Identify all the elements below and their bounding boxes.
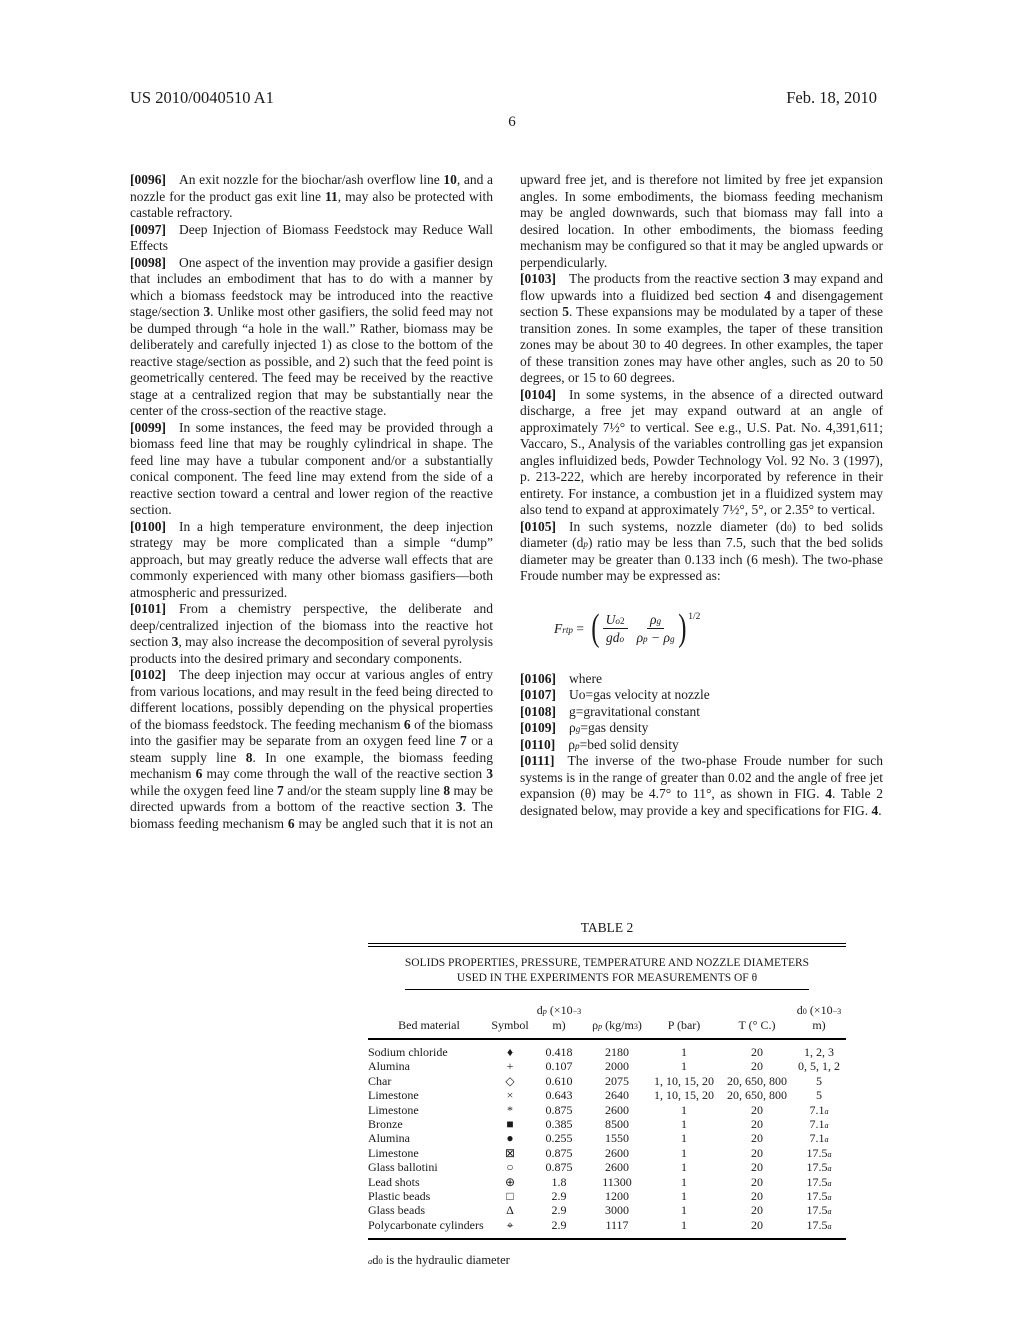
paragraph-tag: [0104] (520, 387, 556, 402)
formula-close-paren: ) (678, 612, 686, 644)
cell-temperature: 20 (722, 1160, 792, 1174)
cell-bed-material: Alumina (368, 1059, 490, 1073)
cell-temperature: 20 (722, 1175, 792, 1189)
cell-bed-material: Bronze (368, 1117, 490, 1131)
cell-dp: 2.9 (530, 1218, 588, 1232)
formula-denominator-1: gdo (606, 629, 624, 646)
table-column-header: d0 (×10−3 m) (792, 1003, 846, 1039)
cell-dp: 0.610 (530, 1074, 588, 1088)
paragraph: [0097]Deep Injection of Biomass Feedstoc… (130, 222, 493, 255)
cell-symbol: □ (490, 1189, 530, 1203)
cell-density: 8500 (588, 1117, 646, 1131)
cell-dp: 0.875 (530, 1103, 588, 1117)
table-row: Alumina + 0.107 2000 1 20 0, 5, 1, 2 (368, 1059, 846, 1073)
table-top-rule (368, 943, 846, 947)
table-row: Limestone ⊠ 0.875 2600 1 20 17.5a (368, 1146, 846, 1160)
cell-temperature: 20 (722, 1045, 792, 1059)
paragraph-text: From a chemistry perspective, the delibe… (130, 601, 493, 666)
paragraph: [0096]An exit nozzle for the biochar/ash… (130, 172, 493, 222)
cell-pressure: 1 (646, 1103, 722, 1117)
cell-bed-material: Sodium chloride (368, 1045, 490, 1059)
cell-symbol: Δ (490, 1203, 530, 1217)
cell-temperature: 20 (722, 1146, 792, 1160)
paragraph-text: In some instances, the feed may be provi… (130, 420, 493, 518)
cell-symbol: + (490, 1059, 530, 1073)
cell-pressure: 1 (646, 1045, 722, 1059)
cell-d0: 7.1a (792, 1117, 846, 1131)
paragraph-tag: [0102] (130, 667, 166, 682)
table-row: Bronze ■ 0.385 8500 1 20 7.1a (368, 1117, 846, 1131)
paragraph-text: In some systems, in the absence of a dir… (520, 387, 883, 518)
cell-temperature: 20, 650, 800 (722, 1074, 792, 1088)
cell-temperature: 20 (722, 1131, 792, 1145)
table-row: Lead shots ⊕ 1.8 11300 1 20 17.5a (368, 1175, 846, 1189)
cell-bed-material: Lead shots (368, 1175, 490, 1189)
cell-symbol: * (490, 1103, 530, 1117)
cell-pressure: 1 (646, 1218, 722, 1232)
cell-dp: 1.8 (530, 1175, 588, 1189)
right-column: upward free jet, and is therefore not li… (520, 172, 883, 819)
cell-symbol: ♦ (490, 1045, 530, 1059)
paragraph-group-a: [0103]The products from the reactive sec… (520, 271, 883, 585)
paragraph-tag: [0100] (130, 519, 166, 534)
formula-open-paren: ( (591, 612, 599, 644)
publication-date: Feb. 18, 2010 (786, 88, 877, 108)
cell-density: 2600 (588, 1103, 646, 1117)
table-row: Sodium chloride ♦ 0.418 2180 1 20 1, 2, … (368, 1045, 846, 1059)
cell-d0: 17.5a (792, 1203, 846, 1217)
cell-density: 2075 (588, 1074, 646, 1088)
cell-pressure: 1 (646, 1160, 722, 1174)
paragraph-tag: [0109] (520, 720, 556, 735)
cell-symbol: ⊠ (490, 1146, 530, 1160)
cell-dp: 0.255 (530, 1131, 588, 1145)
publication-number: US 2010/0040510 A1 (130, 88, 274, 108)
cell-temperature: 20 (722, 1203, 792, 1217)
cell-d0: 17.5a (792, 1160, 846, 1174)
paragraph-text: Uo=gas velocity at nozzle (569, 687, 710, 702)
cell-d0: 0, 5, 1, 2 (792, 1059, 846, 1073)
cell-density: 1200 (588, 1189, 646, 1203)
paragraph: [0105]In such systems, nozzle diameter (… (520, 519, 883, 585)
cell-dp: 0.418 (530, 1045, 588, 1059)
table-row: Limestone * 0.875 2600 1 20 7.1a (368, 1103, 846, 1117)
paragraph-tag: [0105] (520, 519, 556, 534)
paragraph-text: In such systems, nozzle diameter (d0) to… (520, 519, 883, 584)
cell-d0: 5 (792, 1074, 846, 1088)
cell-pressure: 1 (646, 1131, 722, 1145)
cell-pressure: 1 (646, 1059, 722, 1073)
paragraph: [0103]The products from the reactive sec… (520, 271, 883, 387)
formula-denominator-2: ρp − ρg (637, 629, 675, 646)
cell-temperature: 20 (722, 1189, 792, 1203)
paragraph: [0109]ρg=gas density (520, 720, 883, 737)
paragraph-tag: [0111] (520, 753, 555, 768)
cell-pressure: 1, 10, 15, 20 (646, 1088, 722, 1102)
paragraph: [0110]ρp=bed solid density (520, 737, 883, 754)
cell-dp: 0.107 (530, 1059, 588, 1073)
formula-lhs: Frtp = (554, 621, 584, 637)
cell-d0: 7.1a (792, 1131, 846, 1145)
cell-symbol: × (490, 1088, 530, 1102)
paragraph: [0098]One aspect of the invention may pr… (130, 255, 493, 420)
cell-pressure: 1 (646, 1146, 722, 1160)
paragraph-tag: [0099] (130, 420, 166, 435)
table-column-header: T (° C.) (722, 1003, 792, 1039)
paragraph-text: The products from the reactive section 3… (520, 271, 883, 385)
paragraph: [0100]In a high temperature environment,… (130, 519, 493, 602)
cell-bed-material: Glass beads (368, 1203, 490, 1217)
cell-d0: 1, 2, 3 (792, 1045, 846, 1059)
cell-bed-material: Limestone (368, 1088, 490, 1102)
cell-temperature: 20 (722, 1103, 792, 1117)
paragraph-tag: [0110] (520, 737, 555, 752)
cell-temperature: 20 (722, 1059, 792, 1073)
paragraph: [0108]g=gravitational constant (520, 704, 883, 721)
cell-density: 2000 (588, 1059, 646, 1073)
paragraph-text: Deep Injection of Biomass Feedstock may … (130, 222, 493, 254)
cell-density: 2180 (588, 1045, 646, 1059)
cell-dp: 2.9 (530, 1203, 588, 1217)
formula-exponent: 1/2 (688, 612, 700, 622)
paragraph: [0107]Uo=gas velocity at nozzle (520, 687, 883, 704)
table-row: Char ◇ 0.610 2075 1, 10, 15, 20 20, 650,… (368, 1074, 846, 1088)
paragraph-tag: [0097] (130, 222, 166, 237)
froude-number-formula: Frtp = ( Uo2 gdo ρg ρp − ρg ) 1/2 (554, 612, 883, 646)
cell-density: 2600 (588, 1160, 646, 1174)
paragraph: [0102]The deep injection may occur at va… (130, 667, 493, 832)
table-column-header: Symbol (490, 1003, 530, 1039)
cell-bed-material: Limestone (368, 1146, 490, 1160)
paragraph-text: ρp=bed solid density (568, 737, 678, 752)
paragraph-text: An exit nozzle for the biochar/ash overf… (130, 172, 493, 220)
cell-pressure: 1 (646, 1117, 722, 1131)
cell-temperature: 20 (722, 1218, 792, 1232)
table-column-header: P (bar) (646, 1003, 722, 1039)
paragraph-text: One aspect of the invention may provide … (130, 255, 493, 419)
paragraph-text: where (569, 671, 602, 686)
table-bottom-rule (368, 1238, 846, 1240)
cell-dp: 0.385 (530, 1117, 588, 1131)
cell-symbol: ◇ (490, 1074, 530, 1088)
cell-d0: 7.1a (792, 1103, 846, 1117)
paragraph-text: ρg=gas density (569, 720, 648, 735)
paragraph-text: In a high temperature environment, the d… (130, 519, 493, 600)
cell-bed-material: Alumina (368, 1131, 490, 1145)
formula-numerator-1: Uo2 (603, 612, 628, 630)
cell-density: 1117 (588, 1218, 646, 1232)
paragraph-tag: [0107] (520, 687, 556, 702)
paragraph-tag: [0098] (130, 255, 166, 270)
cell-bed-material: Glass ballotini (368, 1160, 490, 1174)
cell-density: 11300 (588, 1175, 646, 1189)
cell-symbol: ○ (490, 1160, 530, 1174)
paragraph-continuation: upward free jet, and is therefore not li… (520, 172, 883, 271)
table-column-header: Bed material (368, 1003, 490, 1039)
paragraph-tag: [0096] (130, 172, 166, 187)
cell-d0: 17.5a (792, 1189, 846, 1203)
paragraph: [0099]In some instances, the feed may be… (130, 420, 493, 519)
paragraph-text: g=gravitational constant (569, 704, 700, 719)
table-row: Limestone × 0.643 2640 1, 10, 15, 20 20,… (368, 1088, 846, 1102)
cell-d0: 17.5a (792, 1175, 846, 1189)
paragraph: [0104]In some systems, in the absence of… (520, 387, 883, 519)
cell-symbol: ● (490, 1131, 530, 1145)
cell-dp: 0.643 (530, 1088, 588, 1102)
table-row: Plastic beads □ 2.9 1200 1 20 17.5a (368, 1189, 846, 1203)
paragraph-text: The deep injection may occur at various … (130, 667, 493, 831)
cell-pressure: 1 (646, 1189, 722, 1203)
cell-pressure: 1 (646, 1203, 722, 1217)
cell-pressure: 1 (646, 1175, 722, 1189)
table-row: Glass beads Δ 2.9 3000 1 20 17.5a (368, 1203, 846, 1217)
table-row: Polycarbonate cylinders ⌖ 2.9 1117 1 20 … (368, 1218, 846, 1232)
table-footnote: ad0 is the hydraulic diameter (368, 1253, 846, 1268)
paragraph: [0106]where (520, 671, 883, 688)
cell-d0: 17.5a (792, 1218, 846, 1232)
formula-fraction-1: Uo2 gdo (603, 612, 628, 646)
cell-density: 3000 (588, 1203, 646, 1217)
paragraph-tag: [0101] (130, 601, 166, 616)
cell-bed-material: Polycarbonate cylinders (368, 1218, 490, 1232)
formula-fraction-2: ρg ρp − ρg (637, 612, 675, 646)
table-row: Alumina ● 0.255 1550 1 20 7.1a (368, 1131, 846, 1145)
cell-density: 2600 (588, 1146, 646, 1160)
cell-density: 1550 (588, 1131, 646, 1145)
cell-dp: 2.9 (530, 1189, 588, 1203)
left-column: [0096]An exit nozzle for the biochar/ash… (130, 172, 493, 832)
paragraph: [0101]From a chemistry perspective, the … (130, 601, 493, 667)
paragraph-text: The inverse of the two-phase Froude numb… (520, 753, 883, 818)
table-2-grid: Bed materialSymboldp (×10−3 m)ρp (kg/m3)… (368, 1003, 846, 1232)
cell-dp: 0.875 (530, 1160, 588, 1174)
cell-density: 2640 (588, 1088, 646, 1102)
cell-d0: 17.5a (792, 1146, 846, 1160)
cell-temperature: 20, 650, 800 (722, 1088, 792, 1102)
paragraph-tag: [0106] (520, 671, 556, 686)
cell-bed-material: Char (368, 1074, 490, 1088)
table-2: TABLE 2 SOLIDS PROPERTIES, PRESSURE, TEM… (368, 920, 846, 1268)
table-header-row: Bed materialSymboldp (×10−3 m)ρp (kg/m3)… (368, 1003, 846, 1039)
table-column-header: ρp (kg/m3) (588, 1003, 646, 1039)
table-title: TABLE 2 (368, 920, 846, 936)
paragraph-group-b: [0106]where [0107]Uo=gas velocity at noz… (520, 671, 883, 820)
table-row: Glass ballotini ○ 0.875 2600 1 20 17.5a (368, 1160, 846, 1174)
table-column-header: dp (×10−3 m) (530, 1003, 588, 1039)
formula-numerator-2: ρg (647, 612, 664, 630)
paragraph-tag: [0103] (520, 271, 556, 286)
cell-symbol: ⊕ (490, 1175, 530, 1189)
cell-symbol: ■ (490, 1117, 530, 1131)
cell-pressure: 1, 10, 15, 20 (646, 1074, 722, 1088)
cell-symbol: ⌖ (490, 1218, 530, 1232)
cell-temperature: 20 (722, 1117, 792, 1131)
patent-document-page: US 2010/0040510 A1 Feb. 18, 2010 6 [0096… (0, 0, 1024, 1320)
cell-bed-material: Limestone (368, 1103, 490, 1117)
page-number: 6 (0, 114, 1024, 131)
paragraph-tag: [0108] (520, 704, 556, 719)
cell-dp: 0.875 (530, 1146, 588, 1160)
cell-bed-material: Plastic beads (368, 1189, 490, 1203)
table-subtitle: SOLIDS PROPERTIES, PRESSURE, TEMPERATURE… (405, 956, 809, 990)
paragraph: [0111]The inverse of the two-phase Froud… (520, 753, 883, 819)
cell-d0: 5 (792, 1088, 846, 1102)
